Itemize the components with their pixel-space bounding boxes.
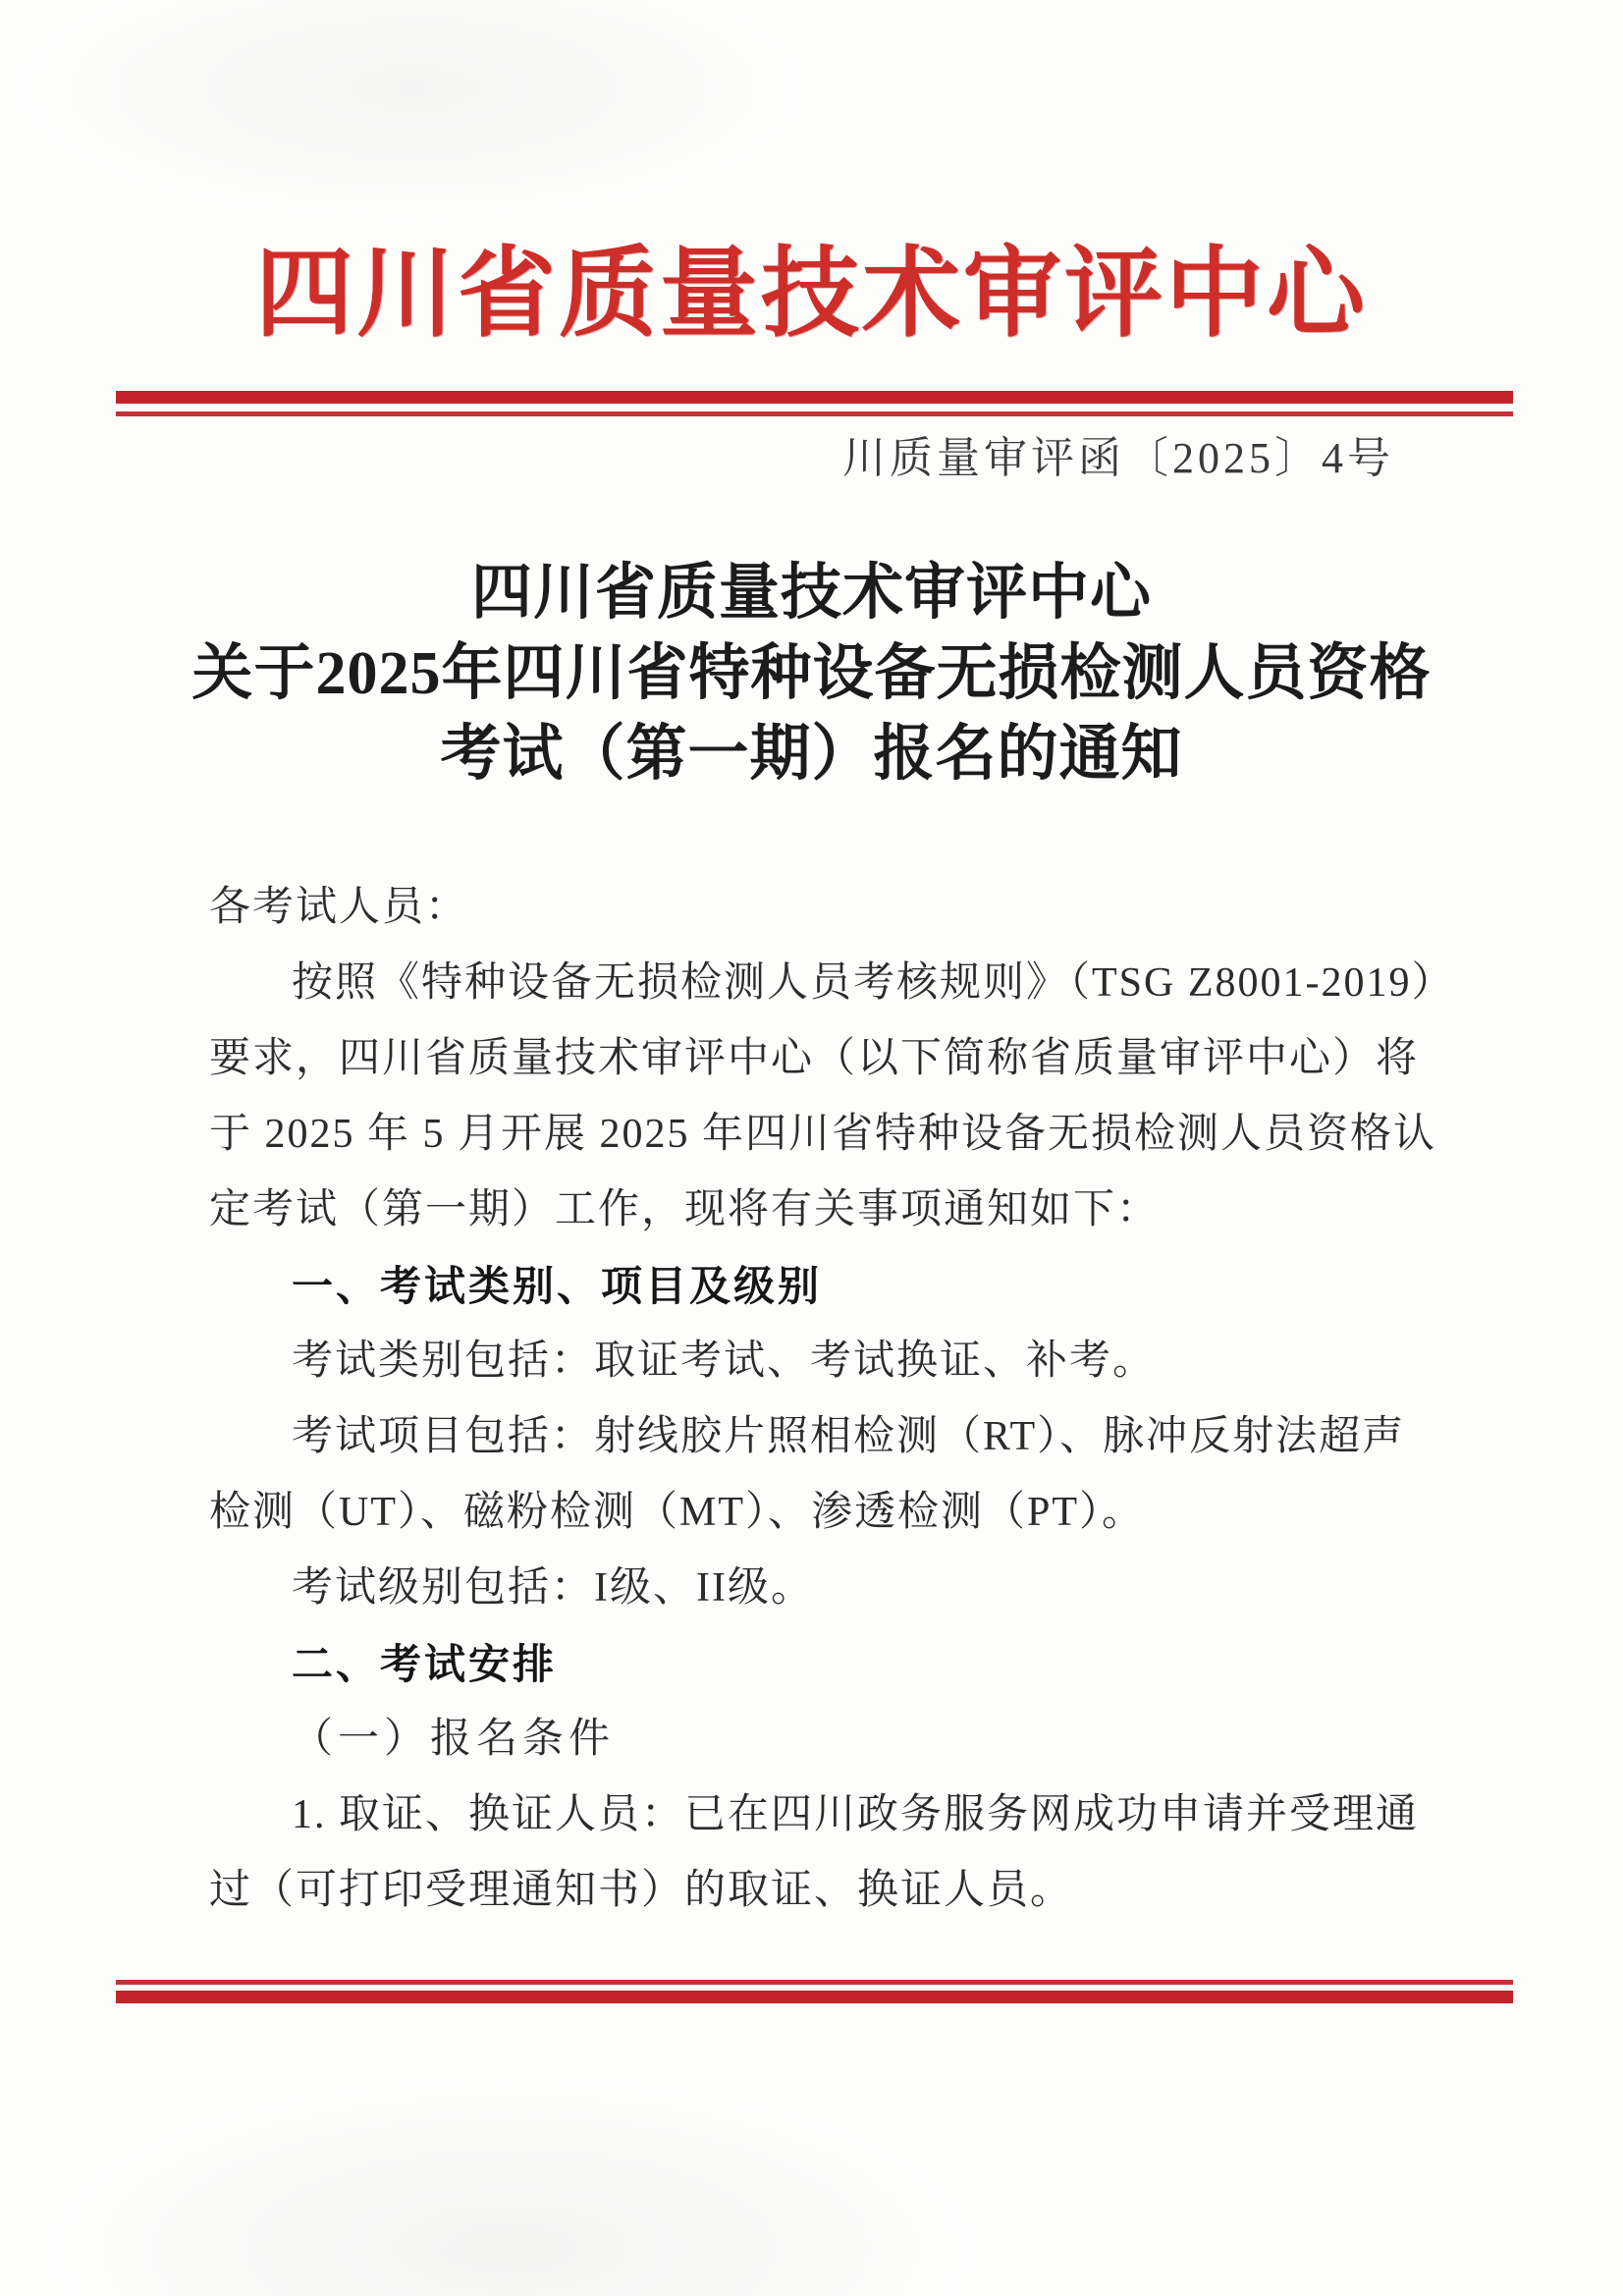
paragraph-line: 要求，四川省质量技术审评中心（以下简称省质量审评中心）将 <box>209 1021 1427 1097</box>
top-rule-thin <box>116 411 1513 416</box>
paragraph-line: 考试项目包括：射线胶片照相检测（RT）、脉冲反射法超声 <box>209 1399 1427 1475</box>
notice-title: 四川省质量技术审评中心 关于2025年四川省特种设备无损检测人员资格 考试（第一… <box>0 553 1623 794</box>
bottom-rule-thick <box>116 1991 1513 2003</box>
paragraph-line: 于 2025 年 5 月开展 2025 年四川省特种设备无损检测人员资格认 <box>209 1097 1427 1173</box>
document-page: 四川省质量技术审评中心 川质量审评函〔2025〕4号 四川省质量技术审评中心 关… <box>0 0 1623 2296</box>
paragraph-line: 定考试（第一期）工作，现将有关事项通知如下： <box>209 1173 1427 1248</box>
salutation: 各考试人员： <box>209 870 1427 946</box>
subsection-heading: （一）报名条件 <box>209 1702 1427 1777</box>
notice-title-line-3: 考试（第一期）报名的通知 <box>0 714 1623 794</box>
notice-title-line-1: 四川省质量技术审评中心 <box>0 553 1623 633</box>
paragraph-line: 按照《特种设备无损检测人员考核规则》（TSG Z8001-2019） <box>209 946 1427 1021</box>
paragraph-line: 1. 取证、换证人员：已在四川政务服务网成功申请并受理通 <box>209 1777 1427 1853</box>
notice-title-line-2: 关于2025年四川省特种设备无损检测人员资格 <box>0 633 1623 714</box>
paragraph-line: 检测（UT）、磁粉检测（MT）、渗透检测（PT）。 <box>209 1475 1427 1551</box>
paragraph-line: 考试类别包括：取证考试、考试换证、补考。 <box>209 1324 1427 1399</box>
top-rule-thick <box>116 391 1513 404</box>
document-number: 川质量审评函〔2025〕4号 <box>842 422 1394 485</box>
paragraph-line: 过（可打印受理通知书）的取证、换证人员。 <box>209 1853 1427 1929</box>
section-heading-2: 二、考试安排 <box>209 1626 1427 1702</box>
notice-body: 各考试人员： 按照《特种设备无损检测人员考核规则》（TSG Z8001-2019… <box>209 870 1427 1929</box>
bottom-rule-thin <box>116 1980 1513 1985</box>
masthead-org-title: 四川省质量技术审评中心 <box>0 239 1623 351</box>
paragraph-line: 考试级别包括：I级、II级。 <box>209 1551 1427 1626</box>
section-heading-1: 一、考试类别、项目及级别 <box>209 1248 1427 1324</box>
